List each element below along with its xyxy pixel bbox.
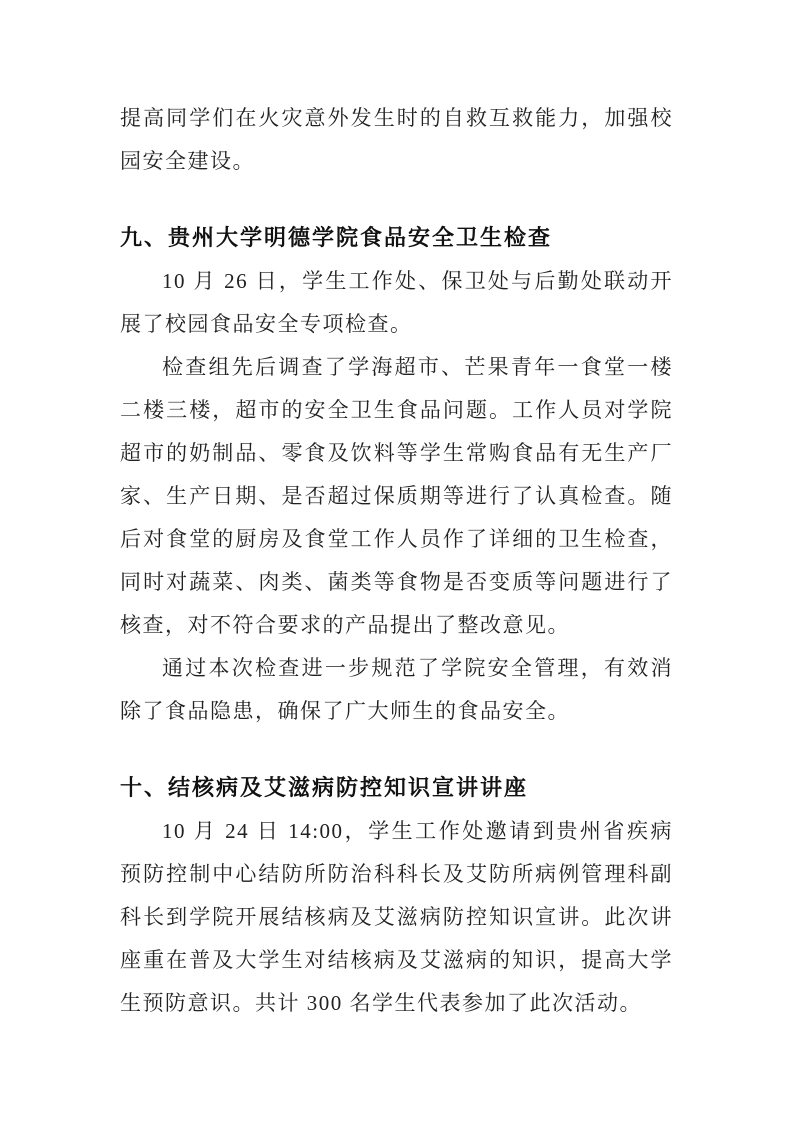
section-9-paragraph-3: 通过本次检查进一步规范了学院安全管理，有效消除了食品隐患，确保了广大师生的食品安…	[120, 647, 673, 733]
continuation-paragraph: 提高同学们在火灾意外发生时的自救互救能力，加强校园安全建设。	[120, 97, 673, 183]
section-9-paragraph-1: 10 月 26 日，学生工作处、保卫处与后勤处联动开展了校园食品安全专项检查。	[120, 260, 673, 346]
section-10-paragraph-1: 10 月 24 日 14:00，学生工作处邀请到贵州省疾病预防控制中心结防所防治…	[120, 810, 673, 1025]
section-9-heading: 九、贵州大学明德学院食品安全卫生检查	[120, 216, 673, 260]
section-10-heading: 十、结核病及艾滋病防控知识宣讲讲座	[120, 766, 673, 810]
section-9-paragraph-2: 检查组先后调查了学海超市、芒果青年一食堂一楼二楼三楼，超市的安全卫生食品问题。工…	[120, 346, 673, 647]
document-page: 提高同学们在火灾意外发生时的自救互救能力，加强校园安全建设。 九、贵州大学明德学…	[0, 0, 793, 1122]
